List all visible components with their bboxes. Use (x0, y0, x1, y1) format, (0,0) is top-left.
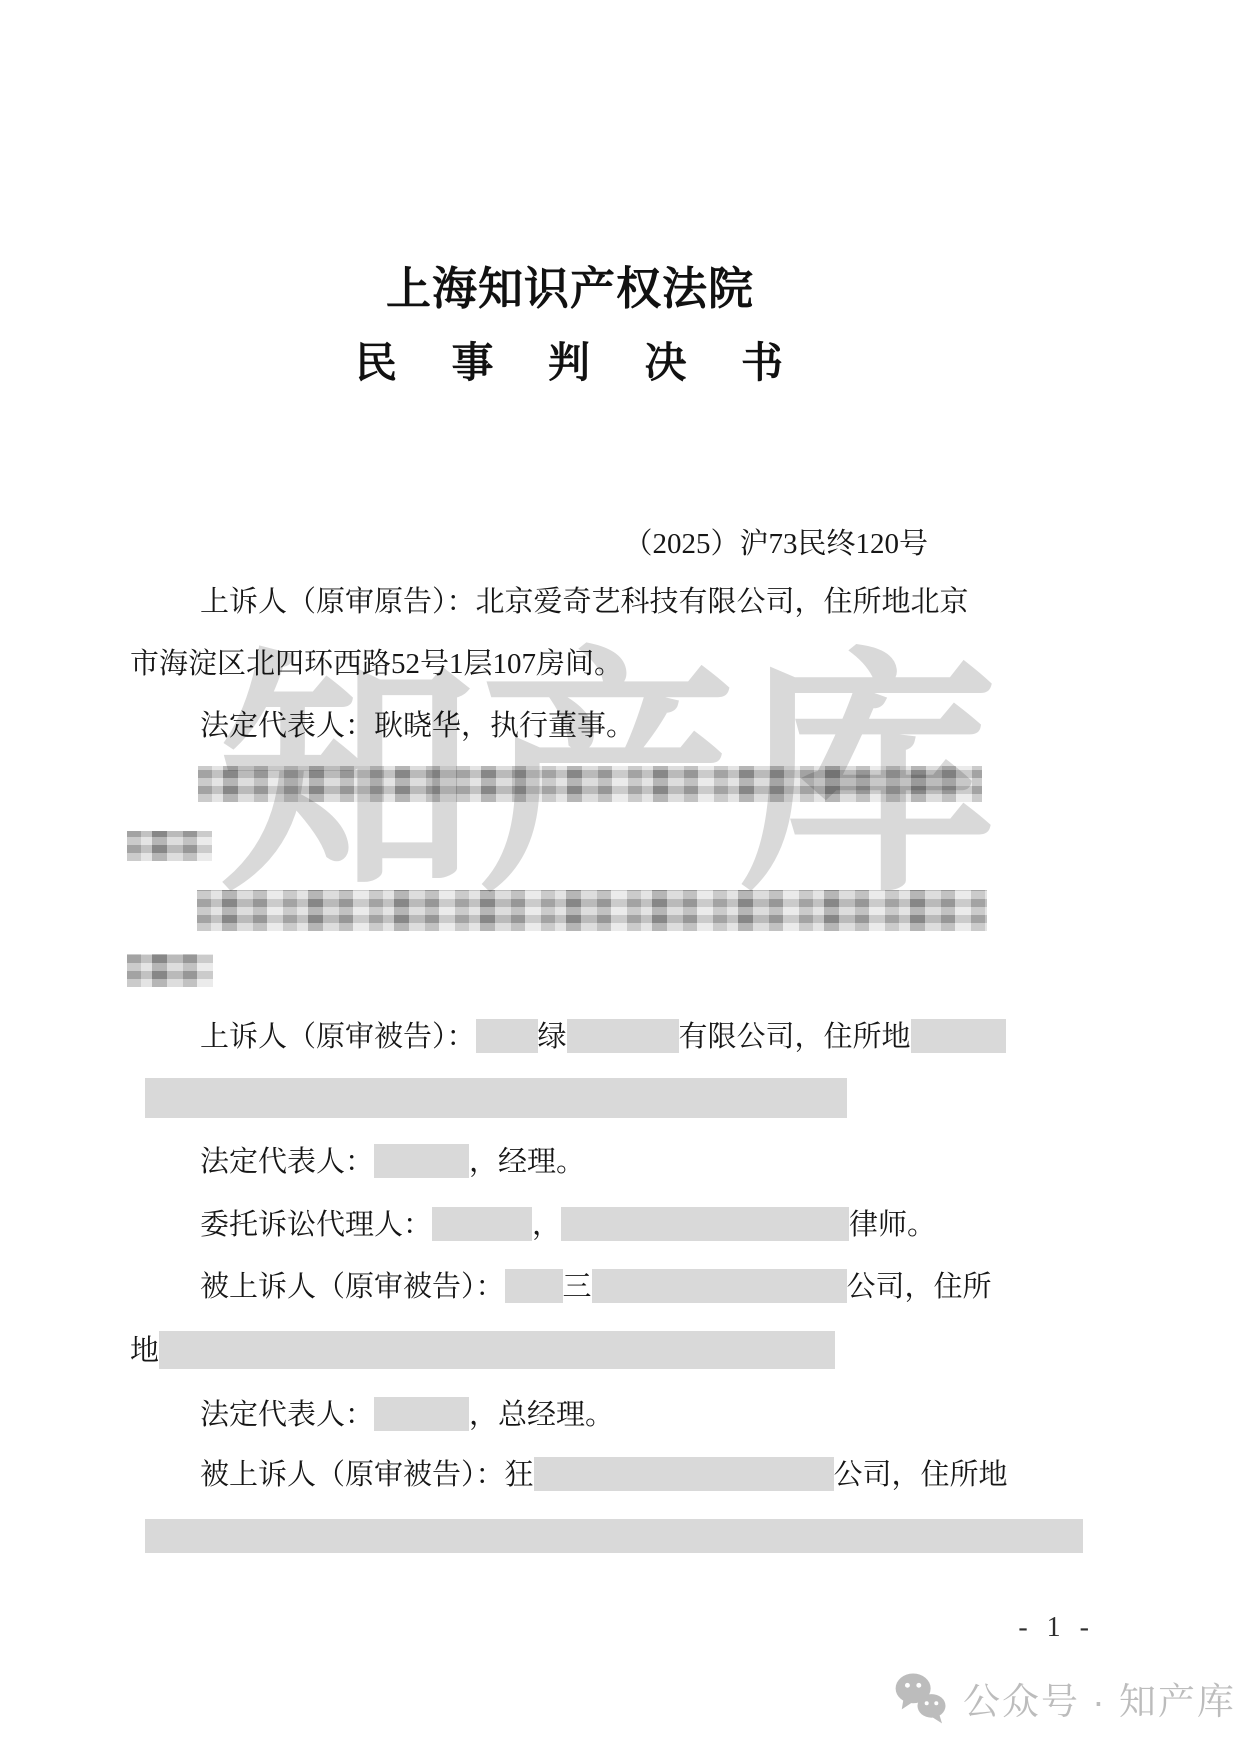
redaction-box (534, 1457, 834, 1491)
appellee2-frag2: 公司，住所地 (834, 1459, 1008, 1491)
appellant2-prefix: 上诉人（原审被告）： (200, 1021, 476, 1053)
legal-rep1-line: 法定代表人：耿晓华，执行董事。 (200, 707, 635, 745)
redaction-bar (145, 1078, 847, 1118)
footer-account-label: 公众号 · 知产库 (963, 1671, 1236, 1725)
court-title: 上海知识产权法院 (0, 252, 1140, 317)
redaction-box (561, 1207, 849, 1241)
appellant2-frag2: 有限公司，住所地 (679, 1021, 911, 1053)
appellant2-line: 上诉人（原审被告）：绿有限公司，住所地 (200, 1018, 1006, 1056)
appellee1-line: 被上诉人（原审被告）：三公司，住所 (200, 1268, 992, 1306)
redacted-mosaic-small (127, 831, 212, 861)
doc-type-title: 民 事 判 决 书 (0, 330, 1160, 390)
footer-account: 公众号 · 知产库 (893, 1670, 1236, 1726)
redacted-mosaic-row (198, 766, 982, 802)
wechat-icon (893, 1670, 949, 1726)
agent-line: 委托诉讼代理人：，律师。 (200, 1206, 936, 1244)
redaction-box (592, 1269, 847, 1303)
legal-rep3-suffix: ，总经理。 (469, 1399, 614, 1431)
appellee1-cont: 地 (130, 1335, 159, 1367)
redaction-box (567, 1019, 679, 1053)
appellee1-prefix: 被上诉人（原审被告）： (200, 1271, 505, 1303)
appellee1-cont-line: 地 (130, 1331, 835, 1370)
redacted-mosaic-row (197, 890, 987, 931)
redaction-box (432, 1207, 532, 1241)
legal-rep2-line: 法定代表人：，经理。 (200, 1143, 585, 1181)
legal-rep2-suffix: ，经理。 (469, 1146, 585, 1178)
case-number: （2025）沪73民终120号 (623, 521, 928, 562)
appellee1-frag1: 三 (563, 1271, 592, 1303)
appellee2-prefix: 被上诉人（原审被告）：狂 (200, 1459, 534, 1491)
agent-prefix: 委托诉讼代理人： (200, 1209, 432, 1241)
appellee1-frag2: 公司，住所 (847, 1271, 992, 1303)
appellant1-line2: 市海淀区北四环西路52号1层107房间。 (130, 645, 623, 683)
redaction-bar-inline (159, 1331, 835, 1369)
page-number: - 1 - (1018, 1612, 1095, 1644)
legal-rep3-line: 法定代表人：，总经理。 (200, 1396, 614, 1434)
redaction-bar (145, 1519, 1083, 1553)
redaction-box (476, 1019, 538, 1053)
appellant2-frag1: 绿 (538, 1021, 567, 1053)
legal-rep3-prefix: 法定代表人： (200, 1399, 374, 1431)
agent-suffix: 律师。 (849, 1209, 936, 1241)
legal-rep2-prefix: 法定代表人： (200, 1146, 374, 1178)
redaction-box (374, 1144, 469, 1178)
appellee2-line: 被上诉人（原审被告）：狂公司，住所地 (200, 1456, 1008, 1494)
judgment-document-page: 上海知识产权法院 民 事 判 决 书 （2025）沪73民终120号 上诉人（原… (0, 0, 1240, 1753)
redaction-box (374, 1397, 469, 1431)
redacted-mosaic-small (127, 954, 213, 987)
redaction-box (505, 1269, 563, 1303)
agent-comma: ， (532, 1209, 561, 1241)
redaction-box (911, 1019, 1006, 1053)
appellant1-line1: 上诉人（原审原告）：北京爱奇艺科技有限公司，住所地北京 (200, 583, 969, 621)
